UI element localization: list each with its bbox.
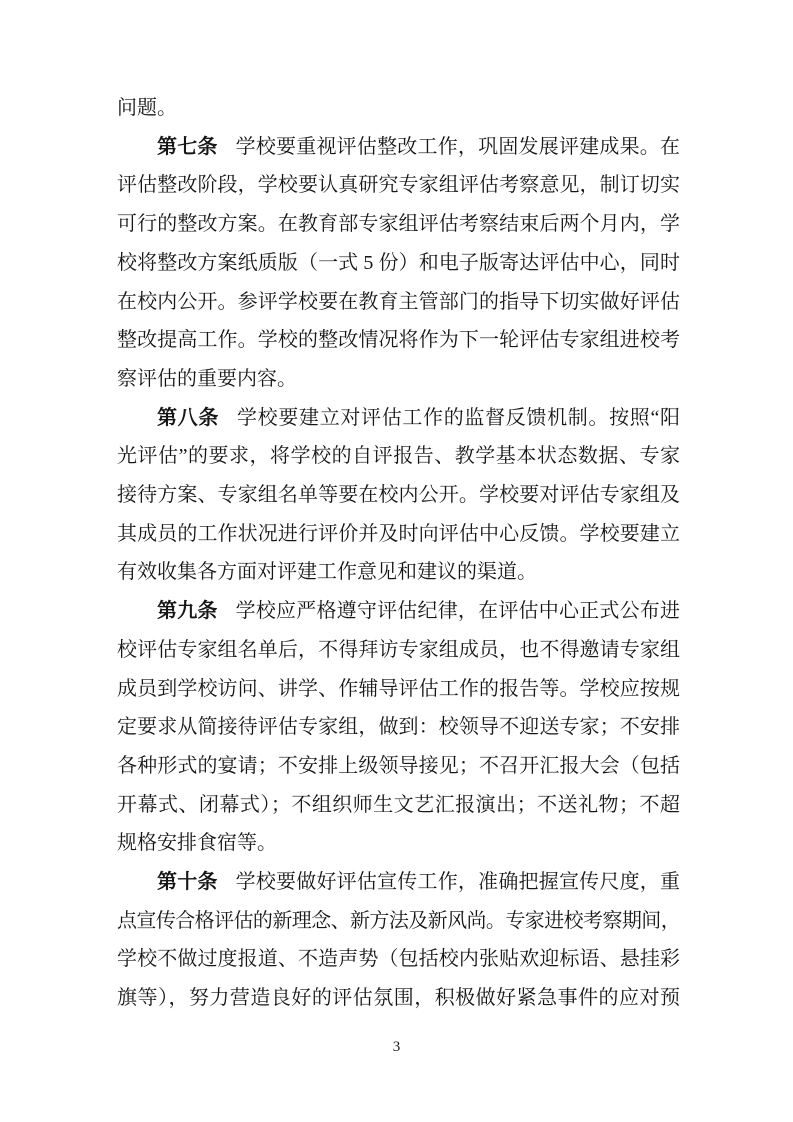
document-page: 问题。 第七条学校要重视评估整改工作，巩固发展评建成果。在 评估整改阶段，学校要… [0, 0, 793, 1122]
text-line: 整改提高工作。学校的整改情况将作为下一轮评估专家组进校考 [117, 321, 680, 360]
text-line: 在校内公开。参评学校要在教育主管部门的指导下切实做好评估 [117, 283, 680, 322]
text-line: 可行的整改方案。在教育部专家组评估考察结束后两个月内，学 [117, 205, 680, 244]
text-line: 校将整改方案纸质版（一式 5 份）和电子版寄达评估中心，同时 [117, 244, 680, 283]
article-number-9: 第九条 [157, 600, 218, 622]
line-text: 学校应严格遵守评估纪律，在评估中心正式公布进 [236, 600, 680, 622]
text-line: 各种形式的宴请；不安排上级领导接见；不召开汇报大会（包括 [117, 747, 680, 786]
text-line: 察评估的重要内容。 [117, 360, 680, 399]
text-line: 成员到学校访问、讲学、作辅导评估工作的报告等。学校应按规 [117, 670, 680, 709]
text-line: 第八条学校要建立对评估工作的监督反馈机制。按照“阳 [117, 399, 680, 438]
text-line: 接待方案、专家组名单等要在校内公开。学校要对评估专家组及 [117, 476, 680, 515]
paragraph-article-8: 第八条学校要建立对评估工作的监督反馈机制。按照“阳 光评估”的要求，将学校的自评… [117, 399, 680, 593]
document-body: 问题。 第七条学校要重视评估整改工作，巩固发展评建成果。在 评估整改阶段，学校要… [117, 89, 680, 1018]
line-text: 学校要重视评估整改工作，巩固发展评建成果。在 [236, 136, 680, 158]
article-number-10: 第十条 [157, 871, 218, 893]
paragraph-article-10: 第十条学校要做好评估宣传工作，准确把握宣传尺度，重 点宣传合格评估的新理念、新方… [117, 863, 680, 1018]
text-line: 光评估”的要求，将学校的自评报告、教学基本状态数据、专家 [117, 437, 680, 476]
text-line: 规格安排食宿等。 [117, 824, 680, 863]
paragraph-continuation: 问题。 [117, 89, 680, 128]
line-text: 学校要建立对评估工作的监督反馈机制。按照“阳 [237, 407, 680, 429]
article-number-8: 第八条 [157, 407, 219, 429]
page-number: 3 [0, 1038, 793, 1056]
paragraph-article-7: 第七条学校要重视评估整改工作，巩固发展评建成果。在 评估整改阶段，学校要认真研究… [117, 128, 680, 399]
text-line: 第七条学校要重视评估整改工作，巩固发展评建成果。在 [117, 128, 680, 167]
text-line: 开幕式、闭幕式）；不组织师生文艺汇报演出；不送礼物；不超 [117, 786, 680, 825]
text-line: 有效收集各方面对评建工作意见和建议的渠道。 [117, 553, 680, 592]
text-line: 问题。 [117, 89, 680, 128]
paragraph-article-9: 第九条学校应严格遵守评估纪律，在评估中心正式公布进 校评估专家组名单后，不得拜访… [117, 592, 680, 863]
text-line: 旗等），努力营造良好的评估氛围，积极做好紧急事件的应对预 [117, 979, 680, 1018]
text-line: 点宣传合格评估的新理念、新方法及新风尚。专家进校考察期间， [117, 902, 680, 941]
text-line: 第十条学校要做好评估宣传工作，准确把握宣传尺度，重 [117, 863, 680, 902]
line-text: 学校要做好评估宣传工作，准确把握宣传尺度，重 [236, 871, 680, 893]
text-line: 第九条学校应严格遵守评估纪律，在评估中心正式公布进 [117, 592, 680, 631]
text-line: 评估整改阶段，学校要认真研究专家组评估考察意见，制订切实 [117, 166, 680, 205]
text-line: 校评估专家组名单后，不得拜访专家组成员，也不得邀请专家组 [117, 631, 680, 670]
text-line: 学校不做过度报道、不造声势（包括校内张贴欢迎标语、悬挂彩 [117, 940, 680, 979]
article-number-7: 第七条 [157, 136, 218, 158]
text-line: 其成员的工作状况进行评价并及时向评估中心反馈。学校要建立 [117, 515, 680, 554]
text-line: 定要求从简接待评估专家组，做到：校领导不迎送专家；不安排 [117, 708, 680, 747]
